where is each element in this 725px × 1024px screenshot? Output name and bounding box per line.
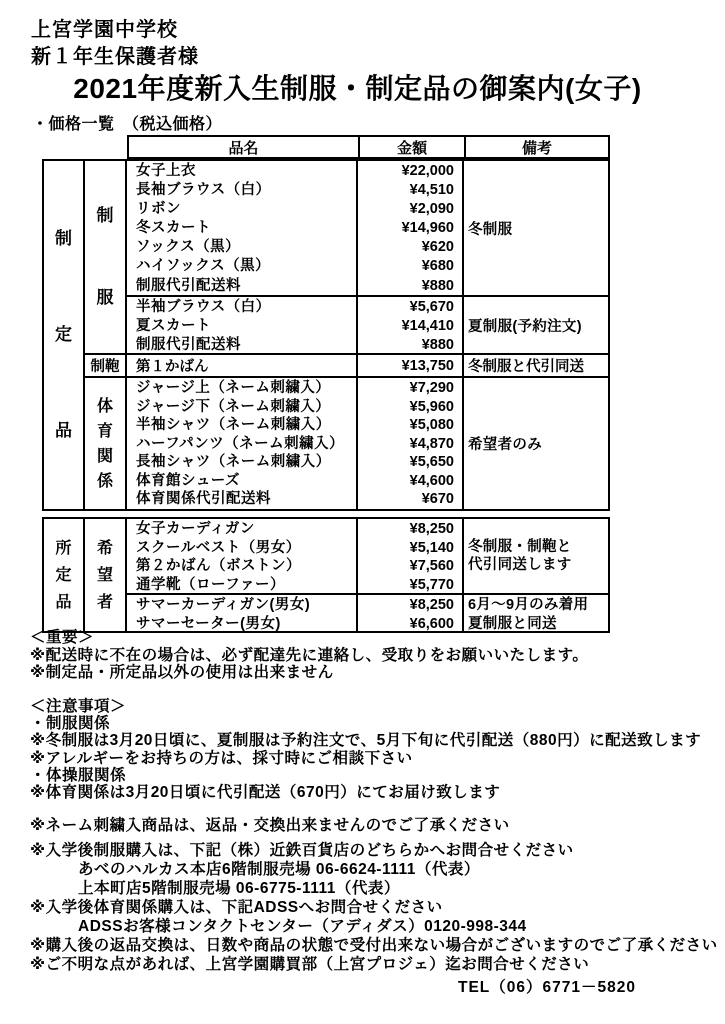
sports-group-label: 体育関係	[96, 394, 114, 494]
summerwear-item-names: サマーカーディガン(男女) サマーセーター(男女)	[127, 593, 356, 631]
bag-item-price: ¥13,750	[356, 353, 462, 378]
uniform-group-label: 制服	[95, 175, 115, 339]
summer-item-names: 半袖ブラウス（白） 夏スカート 制服代引配送料	[127, 295, 356, 353]
table-column-header: 品名 金額 備考	[127, 135, 610, 159]
winter-item-names: 女子上衣 長袖ブラウス（白） リボン 冬スカート ソックス（黒） ハイソックス（…	[127, 161, 356, 295]
bag-group-label-cell: 制鞄	[85, 353, 127, 378]
column-header-price: 金額	[358, 137, 464, 158]
bag-item-name: 第１かばん	[127, 353, 356, 378]
important-notes: ＜重要＞ ※配送時に不在の場合は、必ず配達先に連絡し、受取りをお願いいたします。…	[30, 629, 588, 682]
sports-group-label-cell: 体育関係	[85, 378, 127, 509]
category-label-cell: 制定品	[44, 161, 85, 509]
addressee-line: 新１年生保護者様	[31, 40, 199, 69]
bag-group-label: 制鞄	[91, 355, 120, 376]
column-header-name: 品名	[129, 137, 358, 158]
optional-group-label-cell: 希望者	[85, 519, 127, 631]
summerwear-item-prices: ¥8,250 ¥6,600	[356, 593, 462, 631]
sports-remark: 希望者のみ	[462, 378, 608, 509]
optional-group-label: 希望者	[96, 535, 114, 616]
bag-remark: 冬制服と代引同送	[462, 353, 608, 378]
uniform-price-notice-page: { "page": { "school": "上宮学園中学校", "addres…	[0, 0, 725, 1024]
optional-item-prices: ¥8,250 ¥5,140 ¥7,560 ¥5,770	[356, 519, 462, 593]
category-label: 制定品	[54, 191, 74, 479]
winter-item-prices: ¥22,000 ¥4,510 ¥2,090 ¥14,960 ¥620 ¥680 …	[356, 161, 462, 295]
name-embroidery-note: ※ネーム刺繍入商品は、返品・交換出来ませんのでご了承ください	[30, 817, 510, 835]
summer-item-prices: ¥5,670 ¥14,410 ¥880	[356, 295, 462, 353]
column-header-note: 備考	[464, 137, 608, 158]
school-name: 上宮学園中学校	[31, 13, 178, 42]
optional-remark: 冬制服・制鞄と 代引同送します	[462, 519, 608, 593]
winter-remark: 冬制服	[462, 161, 608, 295]
regulated-items-table: 制定品 制服 制鞄 体育関係 女子上衣 長袖ブラウス（白） リボン 冬スカート …	[42, 159, 610, 511]
caution-notes: ＜注意事項＞ ・制服関係 ※冬制服は3月20日頃に、夏制服は予約注文で、5月下旬…	[30, 698, 701, 801]
summer-remark: 夏制服(予約注文)	[462, 295, 608, 353]
category2-label-cell: 所定品	[44, 519, 85, 631]
sports-item-prices: ¥7,290 ¥5,960 ¥5,080 ¥4,870 ¥5,650 ¥4,60…	[356, 378, 462, 509]
uniform-group-label-cell: 制服	[85, 161, 127, 353]
purchase-contact-notes: ※入学後制服購入は、下記（株）近鉄百貨店のどちらかへお問合せください あべのハル…	[30, 841, 718, 974]
designated-items-table: 所定品 希望者 女子カーディガン スクールベスト（男女） 第２かばん（ボストン）…	[42, 517, 610, 633]
page-title: 2021年度新入生制服・制定品の御案内(女子)	[0, 67, 715, 107]
sports-item-names: ジャージ上（ネーム刺繍入） ジャージ下（ネーム刺繍入） 半袖シャツ（ネーム刺繍入…	[127, 378, 356, 509]
summerwear-remark: 6月～9月のみ着用 夏制服と同送	[462, 593, 608, 631]
tel-number: TEL（06）6771－5820	[458, 975, 636, 997]
category2-label: 所定品	[54, 535, 72, 616]
price-list-label: ・価格一覧 （税込価格）	[32, 111, 222, 134]
optional-item-names: 女子カーディガン スクールベスト（男女） 第２かばん（ボストン） 通学靴（ローフ…	[127, 519, 356, 593]
